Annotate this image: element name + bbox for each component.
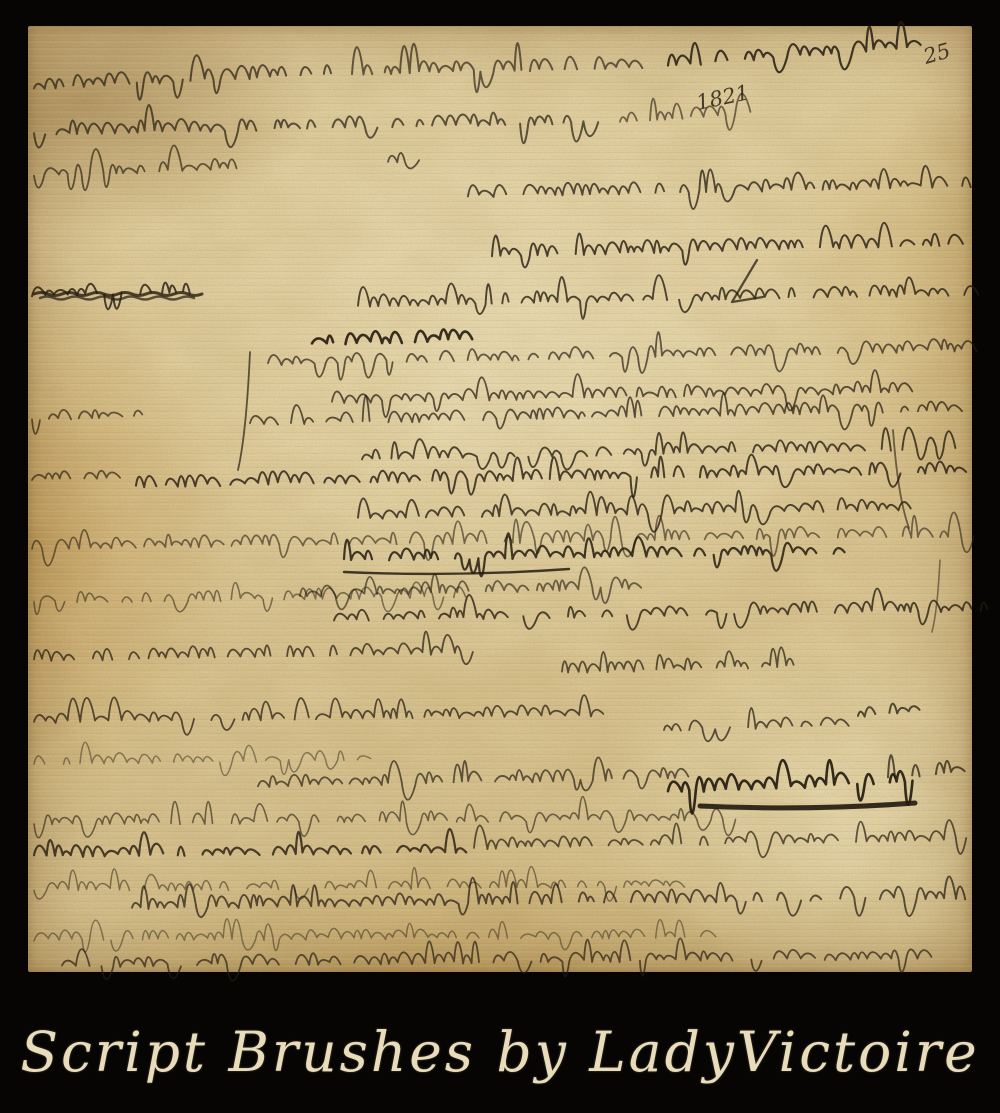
paper-texture [28, 26, 972, 972]
caption-script-brushes: Script Brushes by LadyVictoire [0, 1002, 1000, 1102]
parchment-page [28, 26, 972, 972]
brush-preview-image: 25 1821 Script Brushes by LadyVictoire [0, 0, 1000, 1113]
